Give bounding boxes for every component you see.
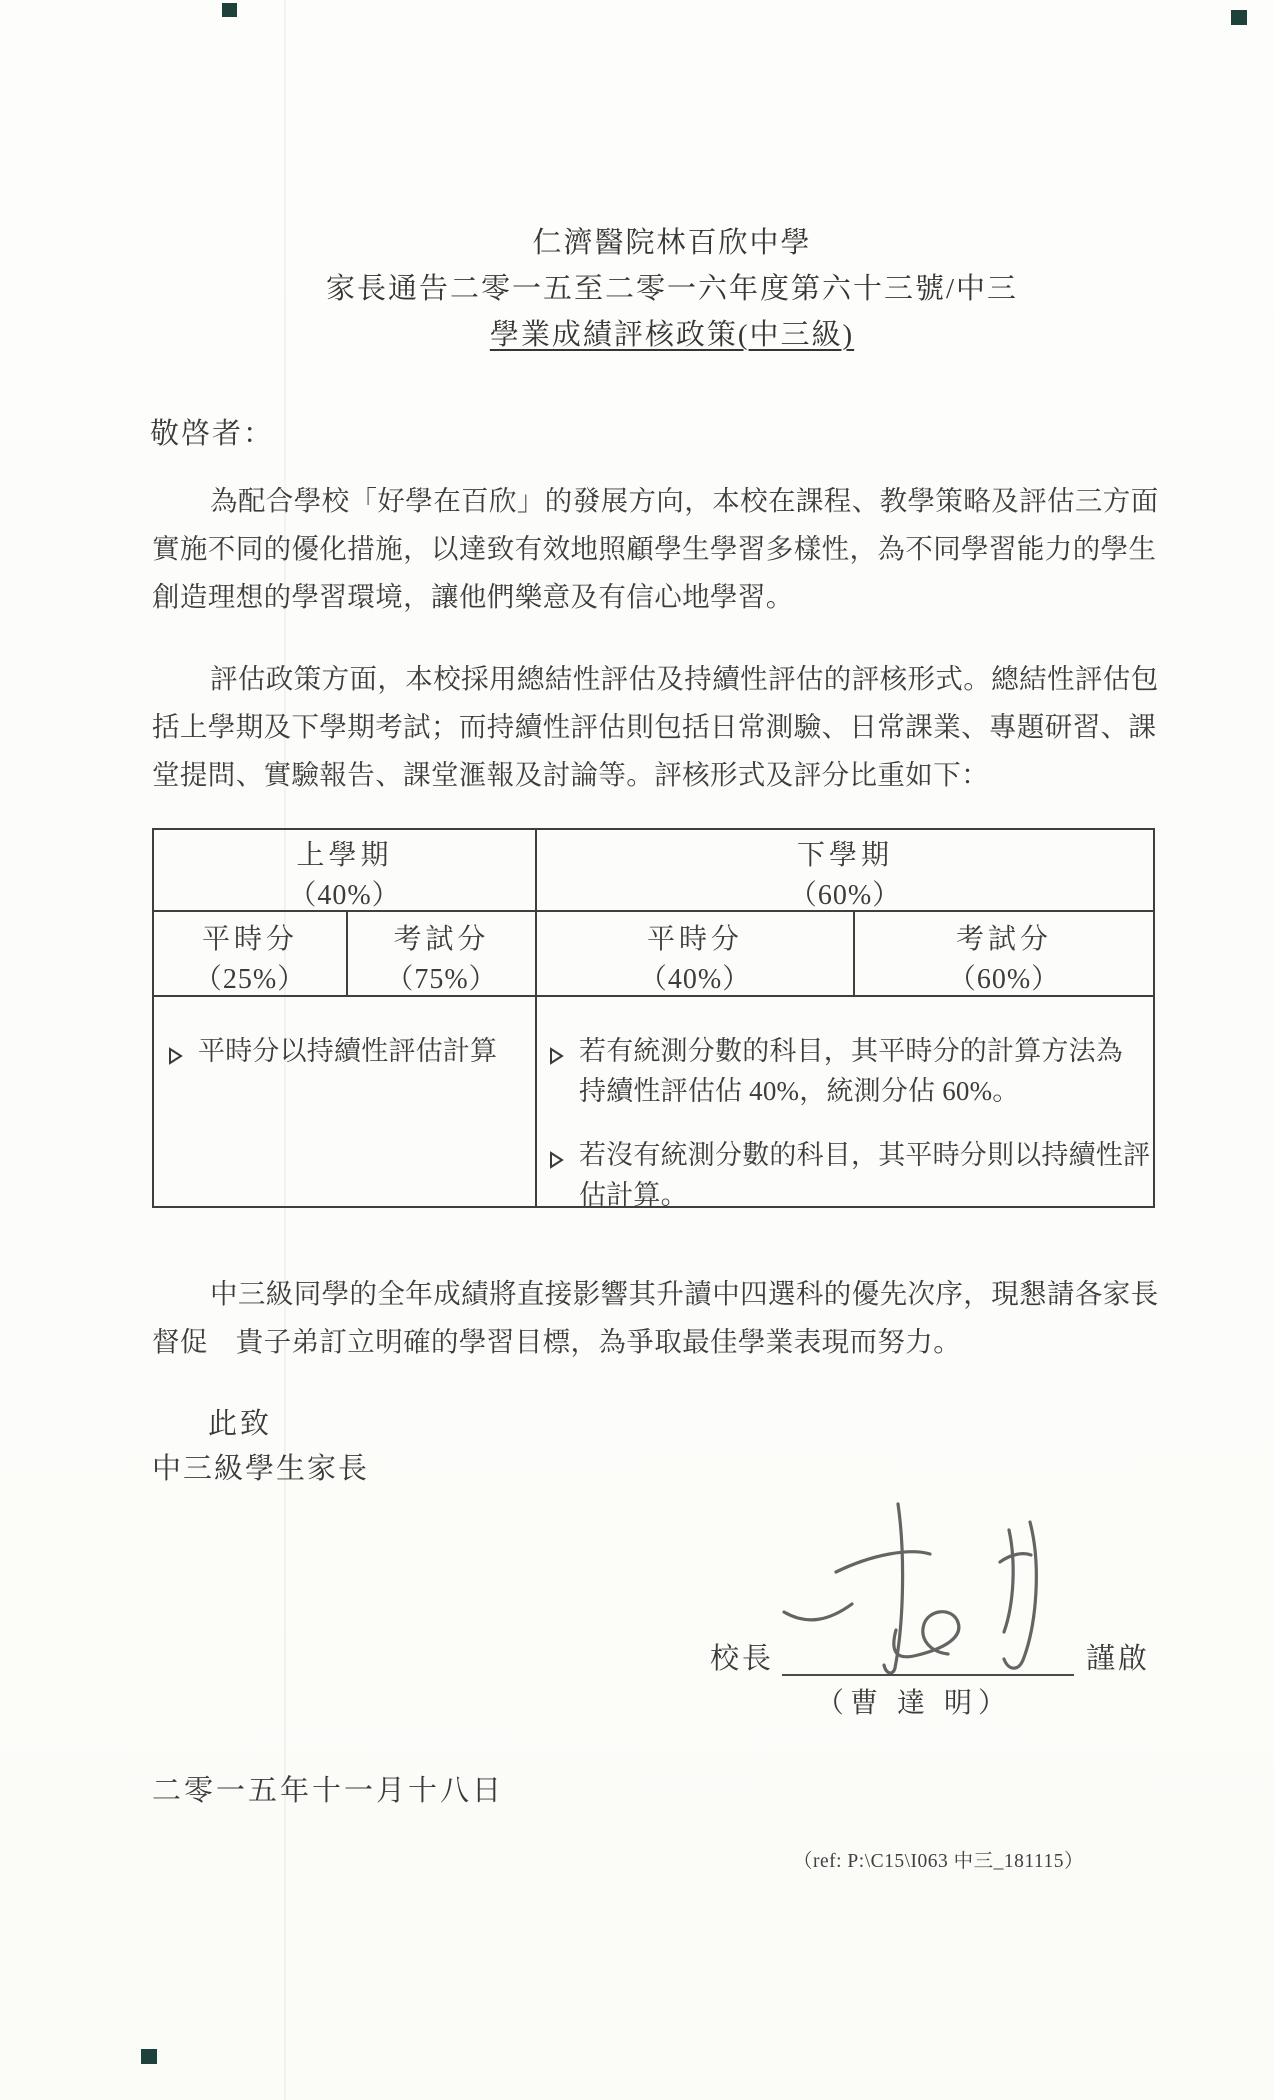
paragraph-line: 堂提問、實驗報告、課堂滙報及討論等。評核形式及評分比重如下： [152, 751, 1159, 799]
scan-corner-mark-bottom-left [141, 2049, 157, 2064]
arrow-bullet-icon [549, 1042, 564, 1062]
score-label: 考試分 [956, 920, 1052, 960]
arrow-bullet-icon [549, 1146, 564, 1166]
score-weight: （75%） [385, 960, 497, 1000]
term-weight: （60%） [789, 876, 901, 916]
scan-corner-mark-top-left [222, 3, 237, 17]
paragraph-line: 中三級同學的全年成績將直接影響其升讀中四選科的優先次序，現懇請各家長 [152, 1270, 1159, 1318]
assessment-weighting-table: 上學期 （40%） 下學期 （60%） 平時分 （25%） 考試分 （75%） … [152, 828, 1155, 1208]
salutation: 敬啓者： [150, 412, 274, 456]
term-weight: （40%） [288, 876, 400, 916]
paragraph-line: 評估政策方面，本校採用總結性評估及持續性評估的評核形式。總結性評估包 [152, 655, 1159, 703]
closing-recipient: 中三級學生家長 [152, 1447, 369, 1491]
table-cell-first-term: 上學期 （40%） [154, 830, 537, 912]
paragraph-line: 括上學期及下學期考試；而持續性評估則包括日常測驗、日常課業、專題研習、課 [152, 703, 1159, 751]
bullet-text-line: 估計算。 [579, 1175, 1151, 1215]
paragraph-intro: 為配合學校「好學在百欣」的發展方向，本校在課程、教學策略及評估三方面 實施不同的… [152, 477, 1159, 621]
table-cell-exam-score-t1: 考試分 （75%） [348, 912, 537, 997]
bullet-text-line: 若沒有統測分數的科目，其平時分則以持續性評 [579, 1135, 1151, 1175]
bullet-item: 若沒有統測分數的科目，其平時分則以持續性評 估計算。 [547, 1135, 1151, 1215]
score-label: 平時分 [202, 920, 298, 960]
paragraph-line: 為配合學校「好學在百欣」的發展方向，本校在課程、教學策略及評估三方面 [152, 477, 1159, 525]
subject-line: 學業成績評核政策(中三級) [70, 312, 1274, 358]
file-reference: （ref: P:\C15\I063 中三_181115） [793, 1849, 1084, 1875]
table-cell-second-term: 下學期 （60%） [537, 830, 1153, 912]
term-label: 上學期 [296, 836, 392, 876]
paragraph-line: 實施不同的優化措施，以達致有效地照顧學生學習多樣性，為不同學習能力的學生 [152, 525, 1159, 573]
arrow-bullet-icon [168, 1042, 183, 1062]
paragraph-closing-advice: 中三級同學的全年成績將直接影響其升讀中四選科的優先次序，現懇請各家長 督促 貴子… [152, 1270, 1159, 1366]
principal-label: 校長 [710, 1639, 774, 1679]
bullet-item: 若有統測分數的科目，其平時分的計算方法為 持續性評估佔 40%，統測分佔 60%… [547, 1031, 1151, 1111]
table-cell-term1-notes: 平時分以持續性評估計算 [154, 997, 537, 1206]
bullet-text-line: 持續性評估佔 40%，統測分佔 60%。 [579, 1071, 1151, 1111]
notice-number-line: 家長通告二零一五至二零一六年度第六十三號/中三 [70, 266, 1274, 312]
school-name: 仁濟醫院林百欣中學 [70, 220, 1274, 266]
score-weight: （40%） [639, 960, 751, 1000]
letter-date: 二零一五年十一月十八日 [152, 1769, 504, 1813]
table-cell-term2-notes: 若有統測分數的科目，其平時分的計算方法為 持續性評估佔 40%，統測分佔 60%… [537, 997, 1153, 1206]
respectfully-label: 謹啟 [1086, 1639, 1150, 1679]
bullet-text-line: 平時分以持續性評估計算 [198, 1031, 531, 1071]
paragraph-assessment-policy: 評估政策方面，本校採用總結性評估及持續性評估的評核形式。總結性評估包 括上學期及… [152, 655, 1159, 799]
score-weight: （60%） [948, 960, 1060, 1000]
score-label: 考試分 [393, 920, 489, 960]
subject-title: 學業成績評核政策(中三級) [490, 319, 854, 351]
score-weight: （25%） [194, 960, 306, 1000]
scan-corner-mark-top-right [1231, 10, 1247, 25]
bullet-text-line: 若有統測分數的科目，其平時分的計算方法為 [579, 1031, 1151, 1071]
term-label: 下學期 [797, 836, 893, 876]
principal-name: （曹 達 明） [816, 1684, 1012, 1724]
score-label: 平時分 [647, 920, 743, 960]
paragraph-line: 創造理想的學習環境，讓他們樂意及有信心地學習。 [152, 573, 1159, 621]
table-cell-daily-score-t1: 平時分 （25%） [154, 912, 348, 997]
table-cell-daily-score-t2: 平時分 （40%） [537, 912, 855, 997]
principal-signature [778, 1502, 1068, 1680]
scanned-notice-page: 仁濟醫院林百欣中學 家長通告二零一五至二零一六年度第六十三號/中三 學業成績評核… [0, 0, 1274, 2100]
closing-this-to: 此致 [208, 1402, 272, 1446]
table-cell-exam-score-t2: 考試分 （60%） [855, 912, 1153, 997]
bullet-item: 平時分以持續性評估計算 [166, 1031, 531, 1071]
letterhead: 仁濟醫院林百欣中學 家長通告二零一五至二零一六年度第六十三號/中三 學業成績評核… [70, 220, 1274, 358]
paragraph-line: 督促 貴子弟訂立明確的學習目標，為爭取最佳學業表現而努力。 [152, 1318, 1159, 1366]
signature-line [782, 1674, 1074, 1676]
